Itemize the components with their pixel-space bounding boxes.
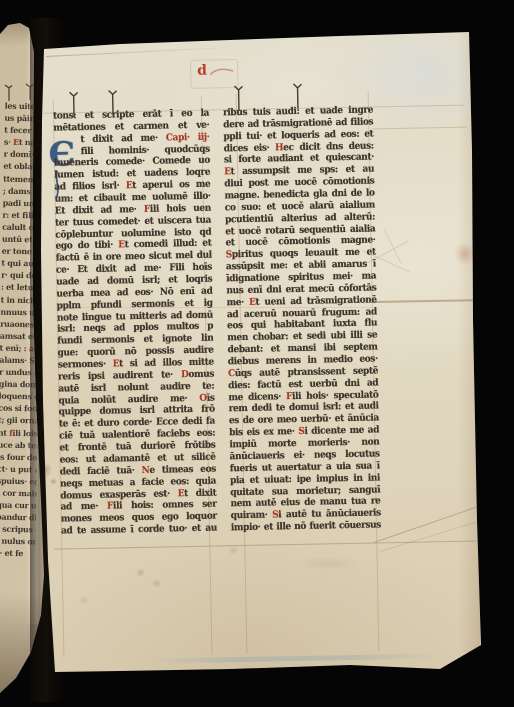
- ink-text: ad: [336, 117, 348, 128]
- ink-text: ipe: [297, 474, 311, 485]
- text-word: loqris: [186, 274, 213, 287]
- text-word: et: [168, 275, 177, 287]
- ink-text: tua: [351, 497, 367, 508]
- ink-text: ma: [361, 271, 376, 282]
- text-word: dere: [223, 119, 244, 132]
- text-word: et: [79, 194, 88, 206]
- ink-text: manu: [320, 497, 347, 508]
- text-word: Et: [249, 297, 259, 309]
- ink-text: domus: [60, 490, 92, 501]
- ink-text: te: [276, 403, 285, 414]
- text-word: ē:: [72, 419, 80, 431]
- text-word: ppli: [223, 131, 241, 144]
- ink-text: ili: [150, 204, 159, 215]
- text-word: ad: [124, 264, 136, 276]
- ink-text: ubi: [330, 331, 345, 342]
- text-word: erāt: [142, 109, 161, 122]
- text-word: et: [293, 332, 302, 344]
- text-word: ad: [325, 213, 337, 225]
- text-word: in: [307, 355, 316, 367]
- ink-text: silicē: [191, 452, 215, 463]
- text-word: mitte: [189, 357, 214, 370]
- ink-text: amarus: [332, 259, 367, 270]
- text-word: et: [192, 524, 201, 536]
- text-word: uia: [336, 461, 351, 473]
- text-word: isrl;: [142, 275, 160, 288]
- ink-text: et: [225, 226, 234, 237]
- text-word: tu: [311, 509, 321, 521]
- text-word: in: [353, 473, 362, 485]
- ink-text: et: [168, 275, 177, 286]
- text-word: alarū: [309, 201, 334, 214]
- text-word: iij·: [198, 132, 210, 144]
- ink-text: eos:: [341, 129, 360, 140]
- ink-text: duriorē: [140, 441, 175, 452]
- ink-text: me: [132, 192, 147, 203]
- ink-text: t: [132, 181, 136, 192]
- text-word: pia: [230, 475, 245, 487]
- text-word: ciē: [59, 431, 73, 443]
- text-word: ex: [263, 427, 274, 439]
- ink-text: et: [346, 165, 355, 176]
- ink-text: locutus: [345, 449, 380, 460]
- ink-text: ignote: [162, 334, 192, 345]
- text-word: ipsi: [88, 371, 105, 383]
- text-word: frontē: [78, 442, 107, 455]
- ink-text: Fili: [169, 263, 184, 274]
- ink-text: et: [271, 344, 280, 355]
- text-word: eos·: [135, 287, 154, 300]
- ink-text: me·: [144, 263, 161, 274]
- ink-text: nouarū: [282, 308, 316, 319]
- ink-text: adamantē: [103, 453, 150, 464]
- text-word: te·: [161, 370, 173, 382]
- text-word: re: [371, 496, 381, 508]
- ink-text: ad: [144, 358, 156, 369]
- text-word: quia: [195, 476, 216, 489]
- ink-text: tuā·: [116, 466, 134, 477]
- text-word: mones: [61, 514, 92, 527]
- ink-text: neqs: [60, 478, 82, 489]
- ink-text: la: [200, 108, 209, 119]
- ink-text: benedicta: [263, 189, 309, 200]
- ink-text: ad: [54, 182, 66, 193]
- ink-text: ili: [292, 391, 301, 402]
- text-word: et: [84, 110, 93, 122]
- text-word: eos:: [197, 428, 216, 441]
- ink-text: pplos: [133, 323, 158, 334]
- text-word: audire: [160, 381, 190, 394]
- ink-text: ad: [61, 526, 73, 537]
- ink-text: me·: [119, 205, 136, 216]
- ink-text: et: [59, 443, 68, 454]
- text-word: factū: [257, 380, 281, 393]
- ink-text: tua: [196, 215, 212, 226]
- ink-text: hominis·: [109, 145, 150, 156]
- ink-text: quorū: [87, 347, 115, 358]
- text-word: assume: [90, 525, 126, 538]
- text-word: impio·: [231, 522, 261, 535]
- ink-text: gue:: [58, 348, 78, 359]
- ink-text: quiescant·: [326, 153, 374, 164]
- ink-text: Et: [77, 265, 87, 276]
- text-word: dies:: [228, 380, 250, 393]
- ink-text: nus: [226, 286, 243, 297]
- text-word: duriorē: [140, 441, 175, 454]
- ink-text: post: [248, 178, 268, 189]
- text-word: eos·: [359, 354, 378, 367]
- ink-text: et: [84, 419, 93, 430]
- ink-text: alterius: [281, 213, 317, 224]
- ink-text: ad: [365, 307, 377, 318]
- ink-text: dni: [266, 285, 281, 296]
- ink-text: gla: [313, 189, 328, 200]
- ink-text: s·: [4, 137, 13, 147]
- text-word: ille: [276, 522, 291, 534]
- ink-text: suo:: [241, 202, 261, 213]
- ink-text: mel: [175, 251, 193, 262]
- ink-text: uerbū·: [300, 414, 331, 425]
- ink-text: me:: [270, 261, 288, 272]
- text-word: diui: [224, 179, 242, 192]
- rubricated-text: Capi·: [166, 132, 190, 143]
- text-word: loqueris: [281, 130, 319, 143]
- text-word: tuis: [253, 107, 271, 120]
- ink-text: erāt: [142, 109, 161, 120]
- text-word: uade: [320, 106, 343, 119]
- text-word: est: [288, 379, 302, 391]
- text-word: me·: [277, 427, 294, 440]
- ink-text: ille: [276, 522, 291, 533]
- text-word: t: [80, 134, 84, 146]
- text-word: Si: [298, 427, 307, 439]
- ink-text: Nō: [160, 287, 174, 298]
- text-word: tuā·: [116, 466, 134, 479]
- text-word: tuus: [73, 217, 94, 230]
- ink-text: uen: [193, 203, 211, 214]
- ink-text: lin: [201, 334, 213, 345]
- ink-text: deus:: [349, 141, 374, 152]
- text-word: me: [274, 178, 289, 190]
- text-word: ore: [258, 415, 274, 427]
- ink-text: ve·: [196, 120, 209, 131]
- ink-text: alarū: [309, 201, 334, 212]
- ink-text: uerba: [56, 289, 83, 300]
- ink-text: sermones·: [58, 359, 106, 370]
- ink-text: au: [205, 523, 217, 534]
- ink-text: te:: [202, 381, 214, 392]
- text-word: impius: [316, 473, 348, 486]
- ink-text: et: [310, 154, 319, 165]
- text-word: tuo·: [169, 524, 187, 537]
- ink-text: audi: [358, 402, 379, 413]
- rubricated-text: H: [275, 142, 283, 153]
- text-word: cōuersus: [339, 520, 381, 533]
- ink-text: ī: [373, 259, 376, 270]
- ink-text: dixit: [96, 264, 117, 275]
- text-word: ut: [86, 454, 96, 466]
- text-word: te: [59, 419, 68, 431]
- ink-text: et: [84, 110, 93, 121]
- text-word: et: [144, 216, 153, 228]
- ink-text: isrl·: [101, 181, 119, 192]
- ink-text: illo·: [193, 191, 211, 202]
- ink-text: inueneris: [54, 158, 98, 169]
- ink-text: ad: [201, 286, 213, 297]
- ink-text: est: [288, 379, 302, 390]
- text-word: eos: [200, 464, 216, 476]
- ink-text: ad: [87, 276, 99, 287]
- text-word: ī: [130, 525, 133, 537]
- ink-text: si: [224, 155, 232, 166]
- ink-text: uolumē: [152, 192, 188, 203]
- ink-text: qui: [251, 321, 266, 332]
- ink-text: assume: [90, 525, 126, 536]
- text-word: et: [59, 443, 68, 455]
- ink-text: habitabant: [274, 320, 325, 331]
- text-word: me·: [140, 133, 157, 146]
- ink-text: note: [57, 312, 78, 323]
- text-word: mel: [175, 251, 193, 264]
- ink-text: est·: [153, 489, 170, 500]
- text-word: me·: [144, 263, 161, 276]
- ink-text: dices: [224, 143, 248, 154]
- text-word: uerba: [56, 289, 83, 302]
- ink-text: non: [361, 437, 379, 448]
- text-word: sua: [356, 461, 372, 473]
- ink-text: tu: [311, 509, 321, 520]
- text-word: es: [229, 416, 239, 428]
- ink-text: exasperās: [99, 489, 145, 500]
- ink-text: me: [274, 178, 289, 189]
- ink-text: hois: [166, 204, 186, 215]
- ink-text: te·: [161, 370, 173, 381]
- ink-text: ribus: [223, 108, 247, 119]
- text-word: me·: [119, 205, 136, 218]
- text-word: et: [367, 247, 376, 259]
- ink-text: ut: [262, 463, 272, 474]
- ink-text: lo: [366, 188, 375, 199]
- ink-text: lingue: [82, 312, 112, 323]
- ink-text: uocē: [245, 238, 267, 249]
- ink-text: possis: [146, 346, 175, 357]
- text-word: p: [207, 322, 213, 334]
- ink-text: et: [264, 522, 273, 533]
- text-word: ce·: [56, 265, 69, 277]
- ascender-flourish: [292, 83, 302, 109]
- ink-text: domui: [289, 403, 319, 414]
- ink-text: de: [351, 188, 362, 199]
- ink-text: ter: [55, 218, 69, 229]
- ink-text: isrl:: [323, 402, 341, 413]
- text-word: tua: [196, 215, 212, 227]
- ink-text: magne·: [341, 236, 376, 247]
- ink-text: t: [231, 167, 235, 178]
- ink-text: enī: [180, 286, 195, 297]
- text-word: pfundi: [91, 300, 122, 313]
- text-word: metuas: [89, 478, 124, 491]
- text-word: audirent: [113, 370, 153, 383]
- ink-text: dni: [331, 189, 346, 200]
- ink-text: isrl;: [142, 275, 160, 286]
- ink-text: loquor: [186, 511, 217, 522]
- text-word: Ecce: [156, 417, 178, 430]
- ink-text: impio·: [231, 522, 261, 533]
- ink-text: dedi: [60, 467, 80, 478]
- text-word: ē: [83, 253, 89, 265]
- ink-text: flu: [364, 319, 377, 330]
- ink-text: impius: [316, 473, 348, 484]
- ink-text: et: [144, 335, 153, 346]
- text-word: factū: [56, 253, 80, 266]
- ink-text: istud:: [92, 169, 119, 180]
- ink-text: uade: [320, 106, 343, 117]
- text-word: et: [84, 419, 93, 431]
- text-word: septē: [353, 366, 378, 379]
- text-word: et: [271, 344, 280, 356]
- ink-text: ore: [106, 252, 121, 263]
- text-word: facie: [142, 477, 165, 490]
- ink-text: sps:: [320, 165, 338, 176]
- ink-text: forte: [238, 155, 261, 166]
- text-word: meo: [125, 252, 145, 265]
- ink-text: debant:: [227, 344, 263, 355]
- ink-text: ig: [204, 298, 213, 309]
- ink-text: uerbū: [309, 379, 337, 390]
- ink-text: et: [293, 332, 302, 343]
- text-word: ad: [247, 119, 259, 131]
- ink-text: me·: [140, 133, 157, 144]
- ink-text: fueris: [230, 463, 257, 474]
- ink-text: dni: [344, 378, 359, 389]
- text-word: eos:: [341, 129, 360, 142]
- ink-text: trāsmigrationē: [262, 118, 332, 130]
- text-word: au: [205, 523, 217, 535]
- ink-text: ini: [368, 473, 380, 484]
- text-word: reris: [58, 372, 80, 385]
- ink-text: rotarū: [265, 225, 295, 236]
- ink-text: se: [367, 330, 377, 341]
- text-word: ad: [201, 286, 213, 298]
- ink-text: t: [119, 359, 123, 370]
- text-word: ig: [204, 298, 213, 310]
- text-word: gue:: [58, 348, 79, 361]
- text-word: morieris·: [308, 438, 350, 451]
- text-word: illi: [350, 331, 362, 343]
- text-word: ser: [202, 500, 217, 512]
- ink-text: et: [202, 239, 211, 250]
- ink-text: a: [130, 477, 136, 488]
- ink-text: sequentiū: [299, 224, 346, 235]
- ink-text: me: [349, 426, 364, 437]
- text-word: Et: [77, 265, 87, 277]
- ink-text: filios: [350, 117, 373, 128]
- ink-text: assumpsit: [242, 166, 290, 177]
- text-word: pplm: [57, 301, 81, 314]
- text-word: quorū: [87, 347, 115, 360]
- ink-text: dixit: [196, 488, 217, 499]
- text-word: et: [225, 238, 234, 250]
- ink-text: p: [207, 322, 213, 333]
- text-word: ad: [144, 358, 156, 370]
- text-word: ī: [377, 461, 380, 473]
- ink-text: corde·: [123, 418, 152, 429]
- ink-text: dicente: [311, 426, 346, 437]
- ink-text: quoqs: [270, 249, 298, 260]
- text-word: sedi: [307, 331, 326, 344]
- ink-text: eos: [200, 464, 216, 475]
- ink-text: eis·: [253, 143, 269, 154]
- ink-text: duro: [97, 418, 119, 429]
- ink-text: morte: [268, 439, 296, 450]
- ink-text: ad: [227, 309, 239, 320]
- ink-text: sanguī: [349, 485, 381, 496]
- ink-text: leuauit: [305, 248, 338, 259]
- text-word: de: [351, 188, 362, 200]
- ink-text: et: [266, 202, 275, 213]
- text-word: dni: [344, 378, 359, 390]
- text-word: dni: [266, 285, 281, 297]
- text-word: enī: [180, 286, 195, 298]
- text-word: ad: [60, 502, 72, 514]
- manuscript-photo: les uiterasus pāim komt fecer nit fuūs· …: [0, 0, 514, 707]
- ink-text: faciebs: [157, 429, 190, 440]
- ink-text: ut: [174, 453, 184, 464]
- ink-text: sua: [272, 486, 288, 497]
- text-word: abii: [308, 260, 326, 273]
- text-word: dedi: [182, 417, 202, 430]
- ink-text: quos: [132, 513, 155, 524]
- text-word: et: [310, 154, 319, 166]
- ink-text: piritus: [232, 250, 263, 261]
- text-word: aialium: [340, 200, 375, 213]
- text-word: comedet·: [97, 216, 140, 229]
- ink-text: ex: [263, 427, 273, 438]
- text-word: um:: [55, 194, 73, 207]
- rubricated-text: N: [142, 465, 150, 476]
- text-word: Cūqs: [228, 368, 252, 381]
- ink-text: t enī; :: [0, 342, 29, 353]
- text-word: et: [157, 453, 166, 465]
- ink-text: erat: [285, 284, 304, 295]
- ink-text: et: [127, 169, 136, 180]
- ink-text: septē: [353, 366, 378, 377]
- ink-text: dere: [223, 119, 244, 130]
- text-word: os: [179, 180, 190, 192]
- text-word: ei·: [294, 450, 305, 462]
- text-word: au: [362, 164, 374, 176]
- ink-text: te: [77, 526, 86, 537]
- text-word: do: [78, 241, 90, 253]
- text-word: autē: [259, 368, 280, 381]
- text-word: ad: [100, 205, 112, 217]
- ink-text: Ecce: [156, 417, 178, 428]
- text-word: ad: [117, 288, 129, 300]
- text-word: ini: [368, 473, 380, 485]
- text-word: ad: [54, 182, 66, 194]
- text-word: benedicta: [263, 189, 309, 202]
- ink-text: ad: [121, 133, 133, 144]
- ink-text: factū: [56, 253, 80, 264]
- ink-text: sedi: [307, 331, 326, 342]
- ink-text: corde: [138, 524, 164, 535]
- text-word: gla: [313, 189, 328, 201]
- ink-text: Comede: [152, 156, 190, 167]
- ink-text: mitte: [189, 357, 214, 368]
- ink-text: reris: [58, 372, 80, 383]
- text-word: Capi·: [166, 132, 190, 145]
- text-word: ipe: [297, 474, 311, 486]
